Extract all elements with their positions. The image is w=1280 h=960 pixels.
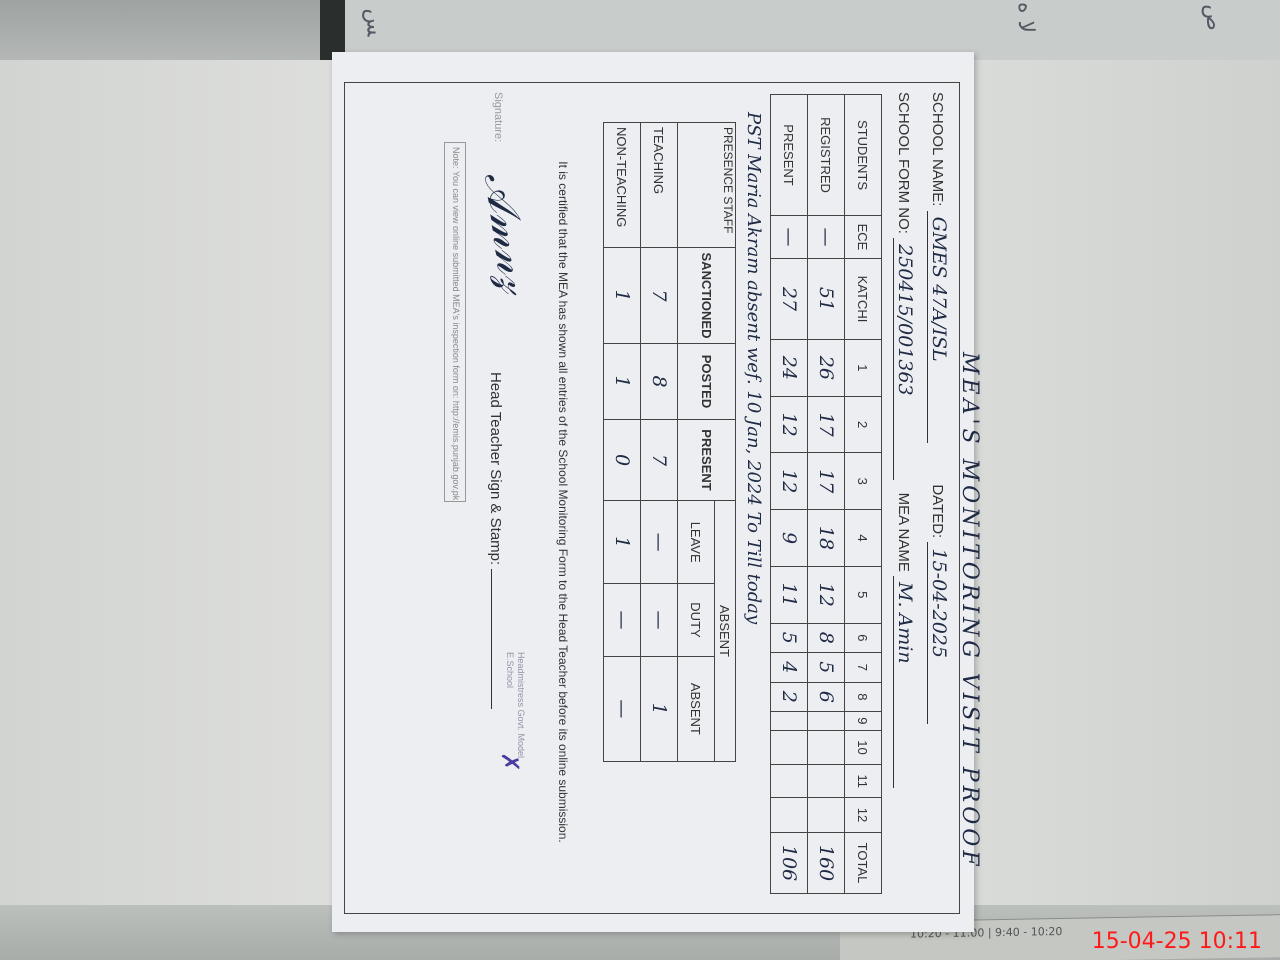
students-row-present: PRESENT — 27 24 12 12 9 11 5 4 2 106 <box>771 95 808 894</box>
subheader-cell: DUTY <box>678 584 715 656</box>
cell: 17 <box>808 396 845 453</box>
sign-stamp-row: Head Teacher Sign & Stamp: <box>487 372 504 709</box>
total-cell: 160 <box>808 833 845 894</box>
header-cell: 7 <box>845 653 882 682</box>
row-label: NON-TEACHING <box>604 123 641 248</box>
stamp-initials: ✗ <box>495 752 524 772</box>
background-scribble: ﻻ ﻩ <box>1013 2 1038 33</box>
row-label: TEACHING <box>641 123 678 248</box>
dated-value: 15-04-2025 <box>927 542 950 724</box>
cell: 24 <box>771 340 808 397</box>
header-cell: 3 <box>845 453 882 510</box>
header-cell: 6 <box>845 623 882 652</box>
sign-line <box>491 569 492 709</box>
header-cell: 5 <box>845 566 882 623</box>
header-cell: STUDENTS <box>845 95 882 216</box>
row-label: REGISTRED <box>808 95 845 216</box>
cell: 51 <box>808 259 845 340</box>
header-cell: 11 <box>845 765 882 798</box>
header-cell: TOTAL <box>845 833 882 894</box>
mea-name-value: M. Amin <box>893 576 916 788</box>
signature-label: Signature: <box>492 92 504 142</box>
form-title: MEA'S MONITORING VISIT PROOF <box>957 352 982 870</box>
background-scribble: ﺹ <box>1201 4 1226 31</box>
students-table: STUDENTS ECE KATCHI 1 2 3 4 5 6 7 8 9 10… <box>770 94 882 894</box>
background-scribble: ﺲ <box>362 8 387 36</box>
cell: 12 <box>771 453 808 510</box>
header-cell: 1 <box>845 340 882 397</box>
cell <box>808 765 845 798</box>
header-cell: 9 <box>845 712 882 731</box>
cell: — <box>771 216 808 259</box>
cell: 12 <box>808 566 845 623</box>
cell: 1 <box>604 344 641 420</box>
students-row-registered: REGISTRED — 51 26 17 17 18 12 8 5 6 160 <box>808 95 845 894</box>
cell: 5 <box>808 653 845 682</box>
handwritten-note: PST Maria Akram absent wef. 10 Jan, 2024… <box>743 112 764 892</box>
cell: 1 <box>604 501 641 584</box>
cell: 27 <box>771 259 808 340</box>
cell: 18 <box>808 510 845 567</box>
staff-header-row: PRESENCE STAFF SANCTIONED POSTED PRESENT… <box>715 123 736 762</box>
header-cell: SANCTIONED <box>678 248 736 344</box>
cell: 11 <box>771 566 808 623</box>
cell: 7 <box>641 248 678 344</box>
header-cell: KATCHI <box>845 259 882 340</box>
form-no-row: SCHOOL FORM NO: 250415/001363 MEA NAME M… <box>893 92 916 788</box>
form-no-value: 250415/001363 <box>893 238 916 480</box>
cell <box>808 798 845 833</box>
subheader-cell: LEAVE <box>678 501 715 584</box>
cell <box>771 798 808 833</box>
cell <box>771 765 808 798</box>
cell <box>771 730 808 765</box>
header-cell: 2 <box>845 396 882 453</box>
cell: 8 <box>808 623 845 652</box>
header-cell: 8 <box>845 682 882 711</box>
form-no-label: SCHOOL FORM NO: <box>895 92 912 234</box>
school-name-value: GMES 47A/ISL <box>927 211 950 443</box>
presence-staff-header: PRESENCE STAFF <box>678 123 736 248</box>
cell <box>808 730 845 765</box>
dated-label: DATED: <box>929 484 946 538</box>
footnote: Note: You can view online submitted MEA'… <box>444 142 466 502</box>
cell: 4 <box>771 653 808 682</box>
cell <box>808 712 845 731</box>
staff-table: PRESENCE STAFF SANCTIONED POSTED PRESENT… <box>603 122 736 762</box>
cell: 5 <box>771 623 808 652</box>
certification-text: It is certified that the MEA has shown a… <box>556 142 570 862</box>
school-name-row: SCHOOL NAME: GMES 47A/ISL DATED: 15-04-2… <box>927 92 950 724</box>
total-cell: 106 <box>771 833 808 894</box>
cell: 1 <box>604 248 641 344</box>
header-cell: ECE <box>845 216 882 259</box>
header-cell: 12 <box>845 798 882 833</box>
cell: — <box>641 584 678 656</box>
sign-stamp-label: Head Teacher Sign & Stamp: <box>487 372 504 565</box>
cell: 8 <box>641 344 678 420</box>
cell: — <box>808 216 845 259</box>
mea-name-label: MEA NAME <box>895 493 912 572</box>
header-cell: POSTED <box>678 344 736 420</box>
cell: 26 <box>808 340 845 397</box>
cell: 17 <box>808 453 845 510</box>
header-cell: 4 <box>845 510 882 567</box>
cell: 7 <box>641 420 678 501</box>
staff-row-teaching: TEACHING 7 8 7 — — 1 <box>641 123 678 762</box>
cell: 1 <box>641 656 678 761</box>
monitoring-form: MEA'S MONITORING VISIT PROOF SCHOOL NAME… <box>332 52 974 932</box>
students-header-row: STUDENTS ECE KATCHI 1 2 3 4 5 6 7 8 9 10… <box>845 95 882 894</box>
cell: 0 <box>604 420 641 501</box>
header-cell: 10 <box>845 730 882 765</box>
cell: — <box>641 501 678 584</box>
absent-header: ABSENT <box>715 501 736 762</box>
subheader-cell: ABSENT <box>678 656 715 761</box>
background-paper-stack <box>320 0 1280 60</box>
cell <box>771 712 808 731</box>
header-cell: PRESENT <box>678 420 736 501</box>
staff-row-non-teaching: NON-TEACHING 1 1 0 1 — — <box>604 123 641 762</box>
cell: 9 <box>771 510 808 567</box>
cell: 12 <box>771 396 808 453</box>
camera-timestamp: 15-04-25 10:11 <box>1092 929 1262 954</box>
cell: — <box>604 656 641 761</box>
school-name-label: SCHOOL NAME: <box>929 92 946 206</box>
cell: 2 <box>771 682 808 711</box>
cell: 6 <box>808 682 845 711</box>
cell: — <box>604 584 641 656</box>
row-label: PRESENT <box>771 95 808 216</box>
